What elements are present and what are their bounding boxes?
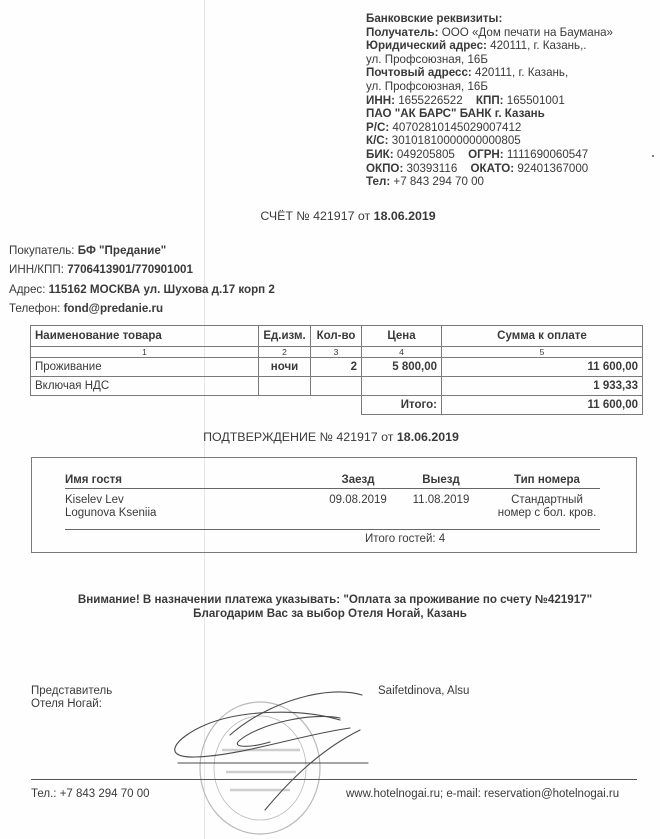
header-check-in: Заезд xyxy=(318,474,398,486)
room-type: Стандартный номер с бол. кров. xyxy=(495,494,599,520)
okpo-okato-line: ОКПО: 30393116 ОКАТО: 92401367000 xyxy=(366,162,613,176)
guest-table-header: Имя гостя Заезд Выезд Тип номера xyxy=(65,472,600,489)
buyer-details: Покупатель: БФ "Предание" ИНН/КПП: 77064… xyxy=(9,241,275,318)
table-row: Проживание ночи 2 5 800,00 11 600,00 xyxy=(31,358,643,377)
confirmation-title: ПОДТВЕРЖДЕНИЕ № 421917 от 18.06.2019 xyxy=(0,430,660,444)
rs-line: Р/С: 40702810145029007412 xyxy=(366,121,613,135)
total-value: 11 600,00 xyxy=(442,396,643,415)
ks-line: К/С: 30101810000000000805 xyxy=(366,134,613,148)
legal-address-line-2: ул. Профсоюзная, 16Б xyxy=(366,53,613,67)
payment-notice: Внимание! В назначении платежа указывать… xyxy=(0,593,660,621)
representative-label: Представитель Отеля Ногай: xyxy=(31,685,112,711)
bank-tel-line: Тел: +7 843 294 70 00 xyxy=(366,175,613,189)
column-numbers-row: 1 2 3 4 5 xyxy=(31,347,643,358)
thank-you-note: Благодарим Вас за выбор Отеля Ногай, Каз… xyxy=(0,607,660,621)
legal-address-line: Юридический адрес: 420111, г. Казань,. xyxy=(366,39,613,53)
total-row: Итого: 11 600,00 xyxy=(31,396,643,415)
buyer-line: Покупатель: БФ "Предание" xyxy=(9,241,275,260)
footer-web-email: www.hotelnogai.ru; e-mail: reservation@h… xyxy=(346,788,619,800)
guest-name: Kiselev Lev xyxy=(65,494,156,507)
scan-speck xyxy=(652,155,654,157)
header-amount: Сумма к оплате xyxy=(442,326,643,347)
guest-name: Logunova Kseniia xyxy=(65,507,156,520)
bank-heading: Банковские реквизиты: xyxy=(366,12,613,26)
bik-ogrn-line: БИК: 049205805 ОГРН: 1111690060547 xyxy=(366,148,613,162)
check-out-date: 11.08.2019 xyxy=(401,494,481,507)
recipient-value: ООО «Дом печати на Баумана» xyxy=(442,26,613,39)
signature-stamp xyxy=(150,680,390,839)
guest-row: Kiselev Lev Logunova Kseniia 09.08.2019 … xyxy=(65,489,600,530)
postal-address-line-2: ул. Профсоюзная, 16Б xyxy=(366,80,613,94)
table-row: Включая НДС 1 933,33 xyxy=(31,377,643,396)
confirmation-box: Имя гостя Заезд Выезд Тип номера Kiselev… xyxy=(31,457,637,553)
bank-details: Банковские реквизиты: Получатель: ООО «Д… xyxy=(366,12,613,189)
stamp-icon xyxy=(200,702,320,834)
header-unit: Ед.изм. xyxy=(259,326,311,347)
postal-address-line: Почтовый адресс: 420111, г. Казань, xyxy=(366,66,613,80)
buyer-phone-line: Телефон: fond@predanie.ru xyxy=(9,299,275,318)
guest-names: Kiselev Lev Logunova Kseniia xyxy=(65,494,156,520)
bank-name: ПАО "АК БАРС" БАНК г. Казань xyxy=(366,107,613,121)
inn-kpp-line: ИНН: 1655226522 КПП: 165501001 xyxy=(366,94,613,108)
header-price: Цена xyxy=(362,326,442,347)
total-guests: Итого гостей: 4 xyxy=(365,533,445,545)
total-label: Итого: xyxy=(362,396,442,415)
guest-total-row: Итого гостей: 4 xyxy=(65,530,600,546)
buyer-inn-kpp-line: ИНН/КПП: 7706413901/770901001 xyxy=(9,260,275,279)
paper-fold-line xyxy=(204,0,205,839)
recipient-line: Получатель: ООО «Дом печати на Баумана» xyxy=(366,26,613,40)
header-check-out: Выезд xyxy=(401,474,481,486)
invoice-table: Наименование товара Ед.изм. Кол-во Цена … xyxy=(30,325,643,415)
footer-phone: Тел.: +7 843 294 70 00 xyxy=(31,788,150,800)
header-item-name: Наименование товара xyxy=(31,326,259,347)
header-quantity: Кол-во xyxy=(311,326,362,347)
invoice-title: СЧЁТ № 421917 от 18.06.2019 xyxy=(0,209,660,223)
footer-divider xyxy=(31,779,637,780)
check-in-date: 09.08.2019 xyxy=(318,494,398,507)
representative-name: Saifetdinova, Alsu xyxy=(378,685,469,697)
invoice-table-header: Наименование товара Ед.изм. Кол-во Цена … xyxy=(31,326,643,347)
header-room-type: Тип номера xyxy=(495,474,599,486)
header-guest-name: Имя гостя xyxy=(65,474,122,486)
payment-purpose-note: Внимание! В назначении платежа указывать… xyxy=(10,593,660,607)
buyer-address-line: Адрес: 115162 МОСКВА ул. Шухова д.17 кор… xyxy=(9,280,275,299)
guest-table: Имя гостя Заезд Выезд Тип номера Kiselev… xyxy=(65,472,600,546)
